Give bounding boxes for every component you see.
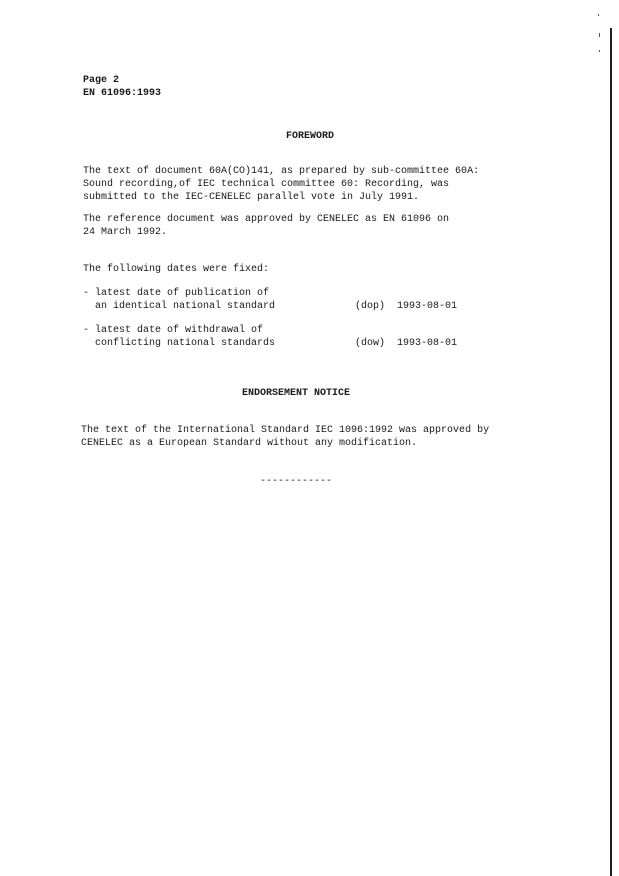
date-value: 1993-08-01 — [397, 338, 457, 350]
scan-speck — [599, 33, 600, 37]
end-separator: ------------ — [260, 476, 332, 488]
date-description: - latest date of withdrawal of — [83, 325, 263, 337]
page-label: Page 2 — [83, 75, 119, 87]
scan-speck — [598, 14, 599, 16]
scan-speck — [599, 50, 600, 52]
paragraph-line: The reference document was approved by C… — [83, 214, 449, 226]
date-value: 1993-08-01 — [397, 301, 457, 313]
paragraph-line: The text of document 60A(CO)141, as prep… — [83, 166, 479, 178]
date-description: an identical national standard — [83, 301, 275, 313]
paragraph-line: CENELEC as a European Standard without a… — [81, 438, 417, 450]
paragraph-line: The text of the International Standard I… — [81, 425, 489, 437]
paragraph-line: 24 March 1992. — [83, 227, 167, 239]
foreword-heading: FOREWORD — [286, 131, 334, 143]
date-description: conflicting national standards — [83, 338, 275, 350]
paragraph-line: submitted to the IEC-CENELEC parallel vo… — [83, 192, 419, 204]
endorsement-heading: ENDORSEMENT NOTICE — [242, 388, 350, 400]
paragraph-line: Sound recording,of IEC technical committ… — [83, 179, 449, 191]
document-id: EN 61096:1993 — [83, 88, 161, 100]
date-description: - latest date of publication of — [83, 288, 269, 300]
dates-intro: The following dates were fixed: — [83, 264, 269, 276]
date-code: (dow) — [355, 338, 385, 350]
date-code: (dop) — [355, 301, 385, 313]
page-edge-rule — [610, 28, 612, 876]
